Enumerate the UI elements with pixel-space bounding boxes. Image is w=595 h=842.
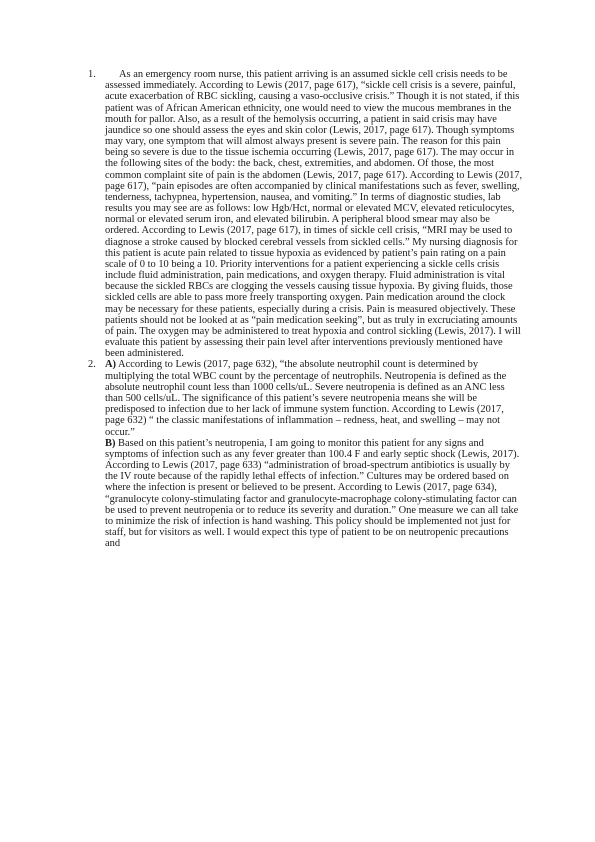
numbered-list: 1. As an emergency room nurse, this pati… (88, 69, 524, 549)
document-page: 1. As an emergency room nurse, this pati… (0, 0, 595, 842)
list-item-2: 2. A) According to Lewis (2017, page 632… (88, 359, 524, 549)
paragraph-part-b: B) Based on this patient’s neutropenia, … (105, 438, 524, 550)
part-b-label: B) (105, 438, 115, 449)
part-a-label: A) (105, 359, 116, 370)
list-item-1: 1. As an emergency room nurse, this pati… (88, 69, 524, 359)
part-b-text: Based on this patient’s neutropenia, I a… (105, 438, 519, 550)
paragraph-sickle-cell-crisis: As an emergency room nurse, this patient… (105, 69, 524, 359)
paragraph-part-a: A) According to Lewis (2017, page 632), … (105, 359, 524, 437)
list-number: 2. (88, 359, 96, 370)
part-a-text: According to Lewis (2017, page 632), “th… (105, 359, 506, 437)
list-number: 1. (88, 69, 96, 80)
